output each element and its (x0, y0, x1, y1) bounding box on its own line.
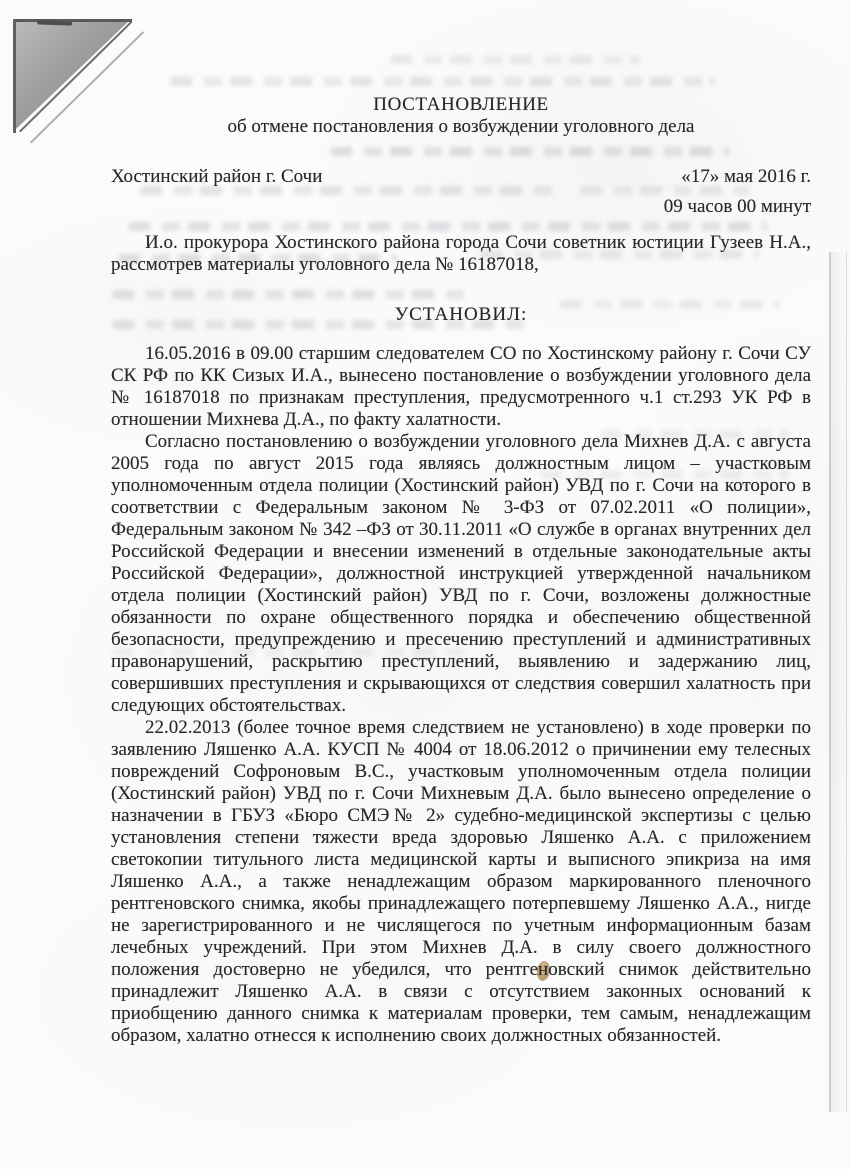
document-title: ПОСТАНОВЛЕНИЕ (111, 94, 811, 116)
document-datetime: «17» мая 2016 г. 09 часов 00 минут (664, 162, 811, 222)
document-time: 09 часов 00 минут (664, 192, 811, 222)
corner-fold-edge (13, 19, 132, 22)
bleed-through-artifact (170, 77, 715, 86)
scanned-document-page: ПОСТАНОВЛЕНИЕ об отмене постановления о … (0, 0, 850, 1169)
document-subtitle: об отмене постановления о возбуждении уг… (111, 116, 811, 138)
scan-edge-line (829, 252, 847, 1112)
document-date: «17» мая 2016 г. (664, 162, 811, 192)
body-paragraph-1: 16.05.2016 в 09.00 старшим следователем … (111, 343, 811, 431)
place-date-row: Хостинский район г. Сочи «17» мая 2016 г… (111, 162, 811, 222)
body-paragraph-2: Согласно постановлению о возбуждении уго… (111, 431, 811, 717)
document-body: ПОСТАНОВЛЕНИЕ об отмене постановления о … (111, 94, 811, 1047)
intro-paragraph: И.о. прокурора Хостинского района города… (111, 232, 811, 276)
staple-mark (37, 20, 72, 25)
corner-fold-edge (13, 19, 16, 133)
body-paragraph-3: 22.02.2013 (более точное время следствие… (111, 717, 811, 1047)
established-heading: УСТАНОВИЛ: (111, 304, 811, 326)
bleed-through-artifact (390, 55, 640, 64)
document-place: Хостинский район г. Сочи (111, 162, 322, 222)
